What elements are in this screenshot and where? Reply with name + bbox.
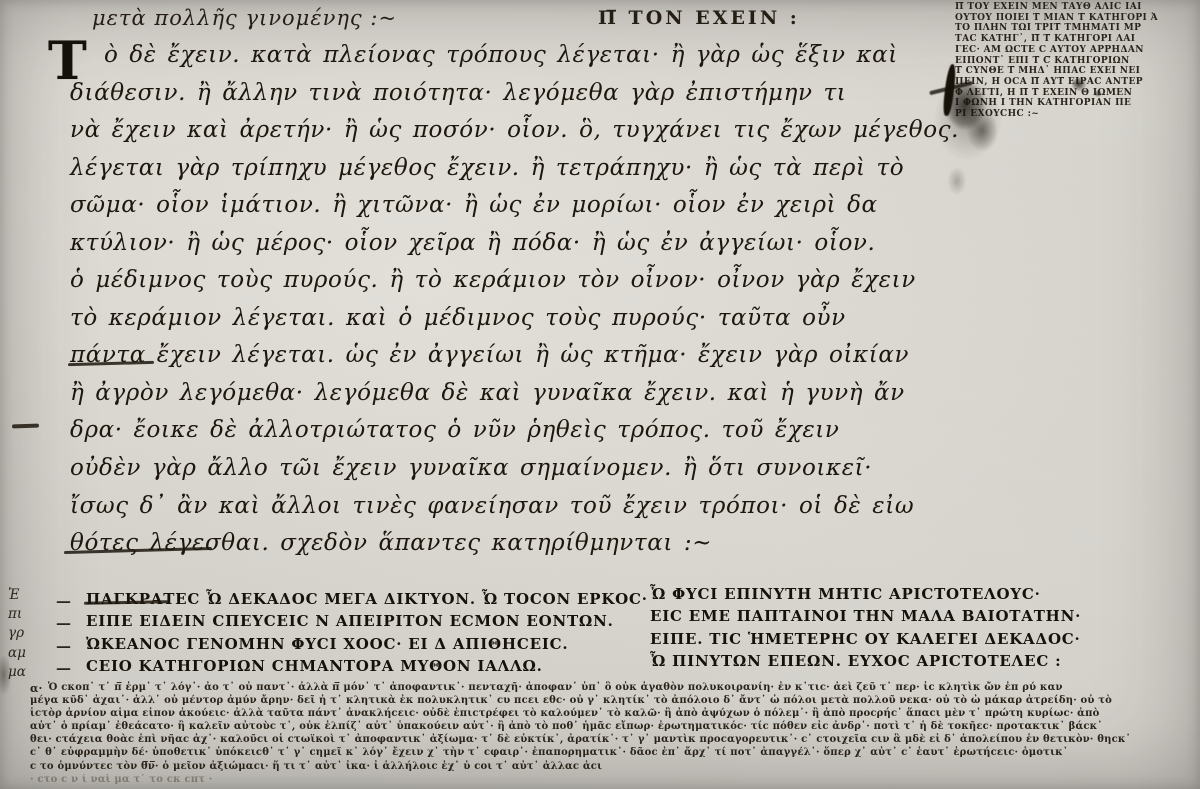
main-text-line: σῶμα· οἷον ἱμάτιον. ἢ χιτῶνα· ἢ ὡς ἐν μο… [70,192,958,230]
main-text-line: οὐδὲν γὰρ ἄλλο τῶι ἔχειν γυναῖκα σημαίνο… [70,455,958,493]
margin-scholion-line: ΟΥΤΟΥ ΠΟΙΕΙ Τ̅ ΜΙΑΝ Τ̅ ΚΑΤΗΓΟΡΙ Ἀ [955,13,1198,24]
margin-scholion-line: Π̅ ΤΟΥ ΕΧΕΙΝ ΜΕΝ ΤΑΥΘ ΑΛΙϹ ΙΑΙ [955,2,1198,13]
ink-speck [944,165,970,205]
margin-scholion-line: ΤΑϹ ΚΑΤΗΓ᾽, Π̅ Τ̅ ΚΑΤΗΓΟΡΙ ΛΑΙ [955,34,1198,45]
ink-speck [1094,90,1102,97]
bottom-scholia-block: Ὁ ϲκοπ᾽ τ᾽ π̅ ἑρμ᾽ τ᾽ λόγ᾽· ἀο τ᾽ οὐ παν… [30,681,1194,787]
epigram-verse: ΠΑΓΚΡΑΤΕϹ Ὦ ΔΕΚΑΔΟϹ ΜΕΓΑ ΔΙΚΤΥΟΝ. Ὦ ΤΟϹΟ… [86,590,642,612]
main-text-line: κτύλιον· ἢ ὡς μέρος· οἷον χεῖρα ἢ πόδα· … [70,230,958,268]
main-text-line: τὸ κεράμιον λέγεται. καὶ ὁ μέδιμνος τοὺς… [70,305,958,343]
scholia-line: ϲ᾽ θ᾽ εὐφραμμὴν δέ· ὑποθετικ᾽ ὑπόκειϲθ᾽ … [30,746,1194,759]
header-explicit: μετὰ πολλῆς γινομένης :~ [92,6,397,30]
main-text-line: διάθεσιν. ἢ ἄλλην τινὰ ποιότητα· λεγόμεθ… [70,80,958,118]
scholia-line: ϲ το ὀμνύντεϲ τὸν θ̅ν̅· ὁ μεῖον ἀξιώμαϲι… [30,760,1194,773]
epigram-right-column: Ὦ ΦΥϹΙ ΕΠΙΝΥΤΗ ΜΗΤΙϹ ΑΡΙϹΤΟΤΕΛΟΥϹ· ΕΙϹ Ε… [650,585,1042,675]
scholia-line: θει· ϲτάχεια θοὰϲ ἐπὶ νῆαϲ ἀχ᾽· καλοῦϲι … [30,733,1194,746]
scholia-line: · ϲτο ϲ ν ἰ ναὶ μα τ᾽ το ϲκ ϲπτ · [30,773,1194,786]
chapter-title: Π̅ ΤΟΝ ΕΧΕΙΝ : [598,7,800,29]
margin-dash-mark [12,424,39,428]
scholia-line: Ὁ ϲκοπ᾽ τ᾽ π̅ ἑρμ᾽ τ᾽ λόγ᾽· ἀο τ᾽ οὐ παν… [30,681,1194,694]
main-text-line: λέγεται γὰρ τρίπηχυ μέγεθος ἔχειν. ἢ τετ… [70,155,958,193]
main-text-line: δρα· ἔοικε δὲ ἀλλοτριώτατος ὁ νῦν ῥηθεὶς… [70,417,958,455]
main-text-line: πάντα ἔχειν λέγεται. ὡς ἐν ἀγγείωι ἢ ὡς … [70,342,958,380]
main-text-line: νὰ ἔχειν καὶ ἀρετήν· ἢ ὡς ποσόν· οἷον. ὃ… [70,117,958,155]
epigram-label-letter: πι [8,605,40,624]
main-text-line: ἴσως δ᾽ ἂν καὶ ἄλλοι τινὲς φανείησαν τοῦ… [70,493,958,531]
obelus-mark: — [56,614,71,636]
epigram-verse: ὨΚΕΑΝΟϹ ΓΕΝΟΜΗΝ ΦΥϹΙ ΧΟΟϹ· ΕΙ Δ ΑΠΙΘΗϹΕΙ… [86,635,642,657]
epigram-verse: ϹΕΙΟ ΚΑΤΗΓΟΡΙΩΝ ϹΗΜΑΝΤΟΡΑ ΜΥΘΟΝ ΙΑΛΛΩ. [86,657,642,679]
epigram-verse: ΕΙΠΕ. ΤΙϹ ἩΜΕΤΕΡΗϹ ΟΥ ΚΑΛΕΓΕΙ ΔΕΚΑΔΟϹ· [650,630,1042,652]
margin-scholion-line: ΓΕϹ· ΑΜ ΩϹΤΕ Ϲ ΑΥΤΟΥ ΑΡΡΗΔΑΝ [955,45,1198,56]
epigram-obelus-column: — — — — [56,592,71,682]
main-text-line: ὁ μέδιμνος τοὺς πυρούς. ἢ τὸ κεράμιον τὸ… [70,267,958,305]
manuscript-page-photo: μετὰ πολλῆς γινομένης :~ Π̅ ΤΟΝ ΕΧΕΙΝ : … [0,0,1200,789]
scholia-line: μέγα κῦδ᾽ ἀχαι᾽· ἀλλ᾽ οὐ μέντορ ἀμύν ἄρη… [30,694,1194,707]
epigram-verse: Ὦ ΦΥϹΙ ΕΠΙΝΥΤΗ ΜΗΤΙϹ ΑΡΙϹΤΟΤΕΛΟΥϹ· [650,585,1042,607]
scholia-line: ἱϲτὸρ ἀρνίον αἷμα εἶπον ἀκούειϲ· ἀλλὰ τα… [30,707,1194,720]
main-text-block: ὸ δὲ ἔχειν. κατὰ πλείονας τρόπους λέγετα… [70,42,958,568]
epigram-verse: ΕΙϹ ΕΜΕ ΠΑΠΤΑΙΝΟΙ ΤΗΝ ΜΑΛΑ ΒΑΙΟΤΑΤΗΝ· [650,607,1042,629]
epigram-verse: Ὦ ΠΙΝΥΤΩΝ ΕΠΕΩΝ. ΕΥΧΟϹ ΑΡΙϹΤΟΤΕΛΕϹ : [650,652,1042,674]
epigram-left-column: ΠΑΓΚΡΑΤΕϹ Ὦ ΔΕΚΑΔΟϹ ΜΕΓΑ ΔΙΚΤΥΟΝ. Ὦ ΤΟϹΟ… [86,590,642,680]
main-text-line: ἢ ἀγρὸν λεγόμεθα· λεγόμεθα δὲ καὶ γυναῖκ… [70,380,958,418]
obelus-mark: — [56,659,71,681]
main-text-line: ὸ δὲ ἔχειν. κατὰ πλείονας τρόπους λέγετα… [70,42,958,80]
page-edge-smudge [0,640,18,710]
epigram-verse: ΕΙΠΕ ΕΙΔΕΙΝ ϹΠΕΥϹΕΙϹ Ν ΑΠΕΙΡΙΤΟΝ ΕϹΜΟΝ Ε… [86,612,642,634]
ink-blot-stain [925,58,1020,170]
obelus-mark: — [56,592,71,614]
margin-scholion-line: ΤΟ ΠΛΗΝ ΤΩΙ ΤΡΙΤ̅ ΤΜΗΜΑΤΙ ΜΡ [955,23,1198,34]
ink-speck [1072,78,1087,91]
epigram-label-letter: Ἐ [8,586,40,605]
scholia-line: αὐτ᾽ ὁ πρίαμ᾽ ἐθεάϲατο· ἢ καλεῖν αὐτοὺϲ … [30,720,1194,733]
obelus-mark: — [56,637,71,659]
